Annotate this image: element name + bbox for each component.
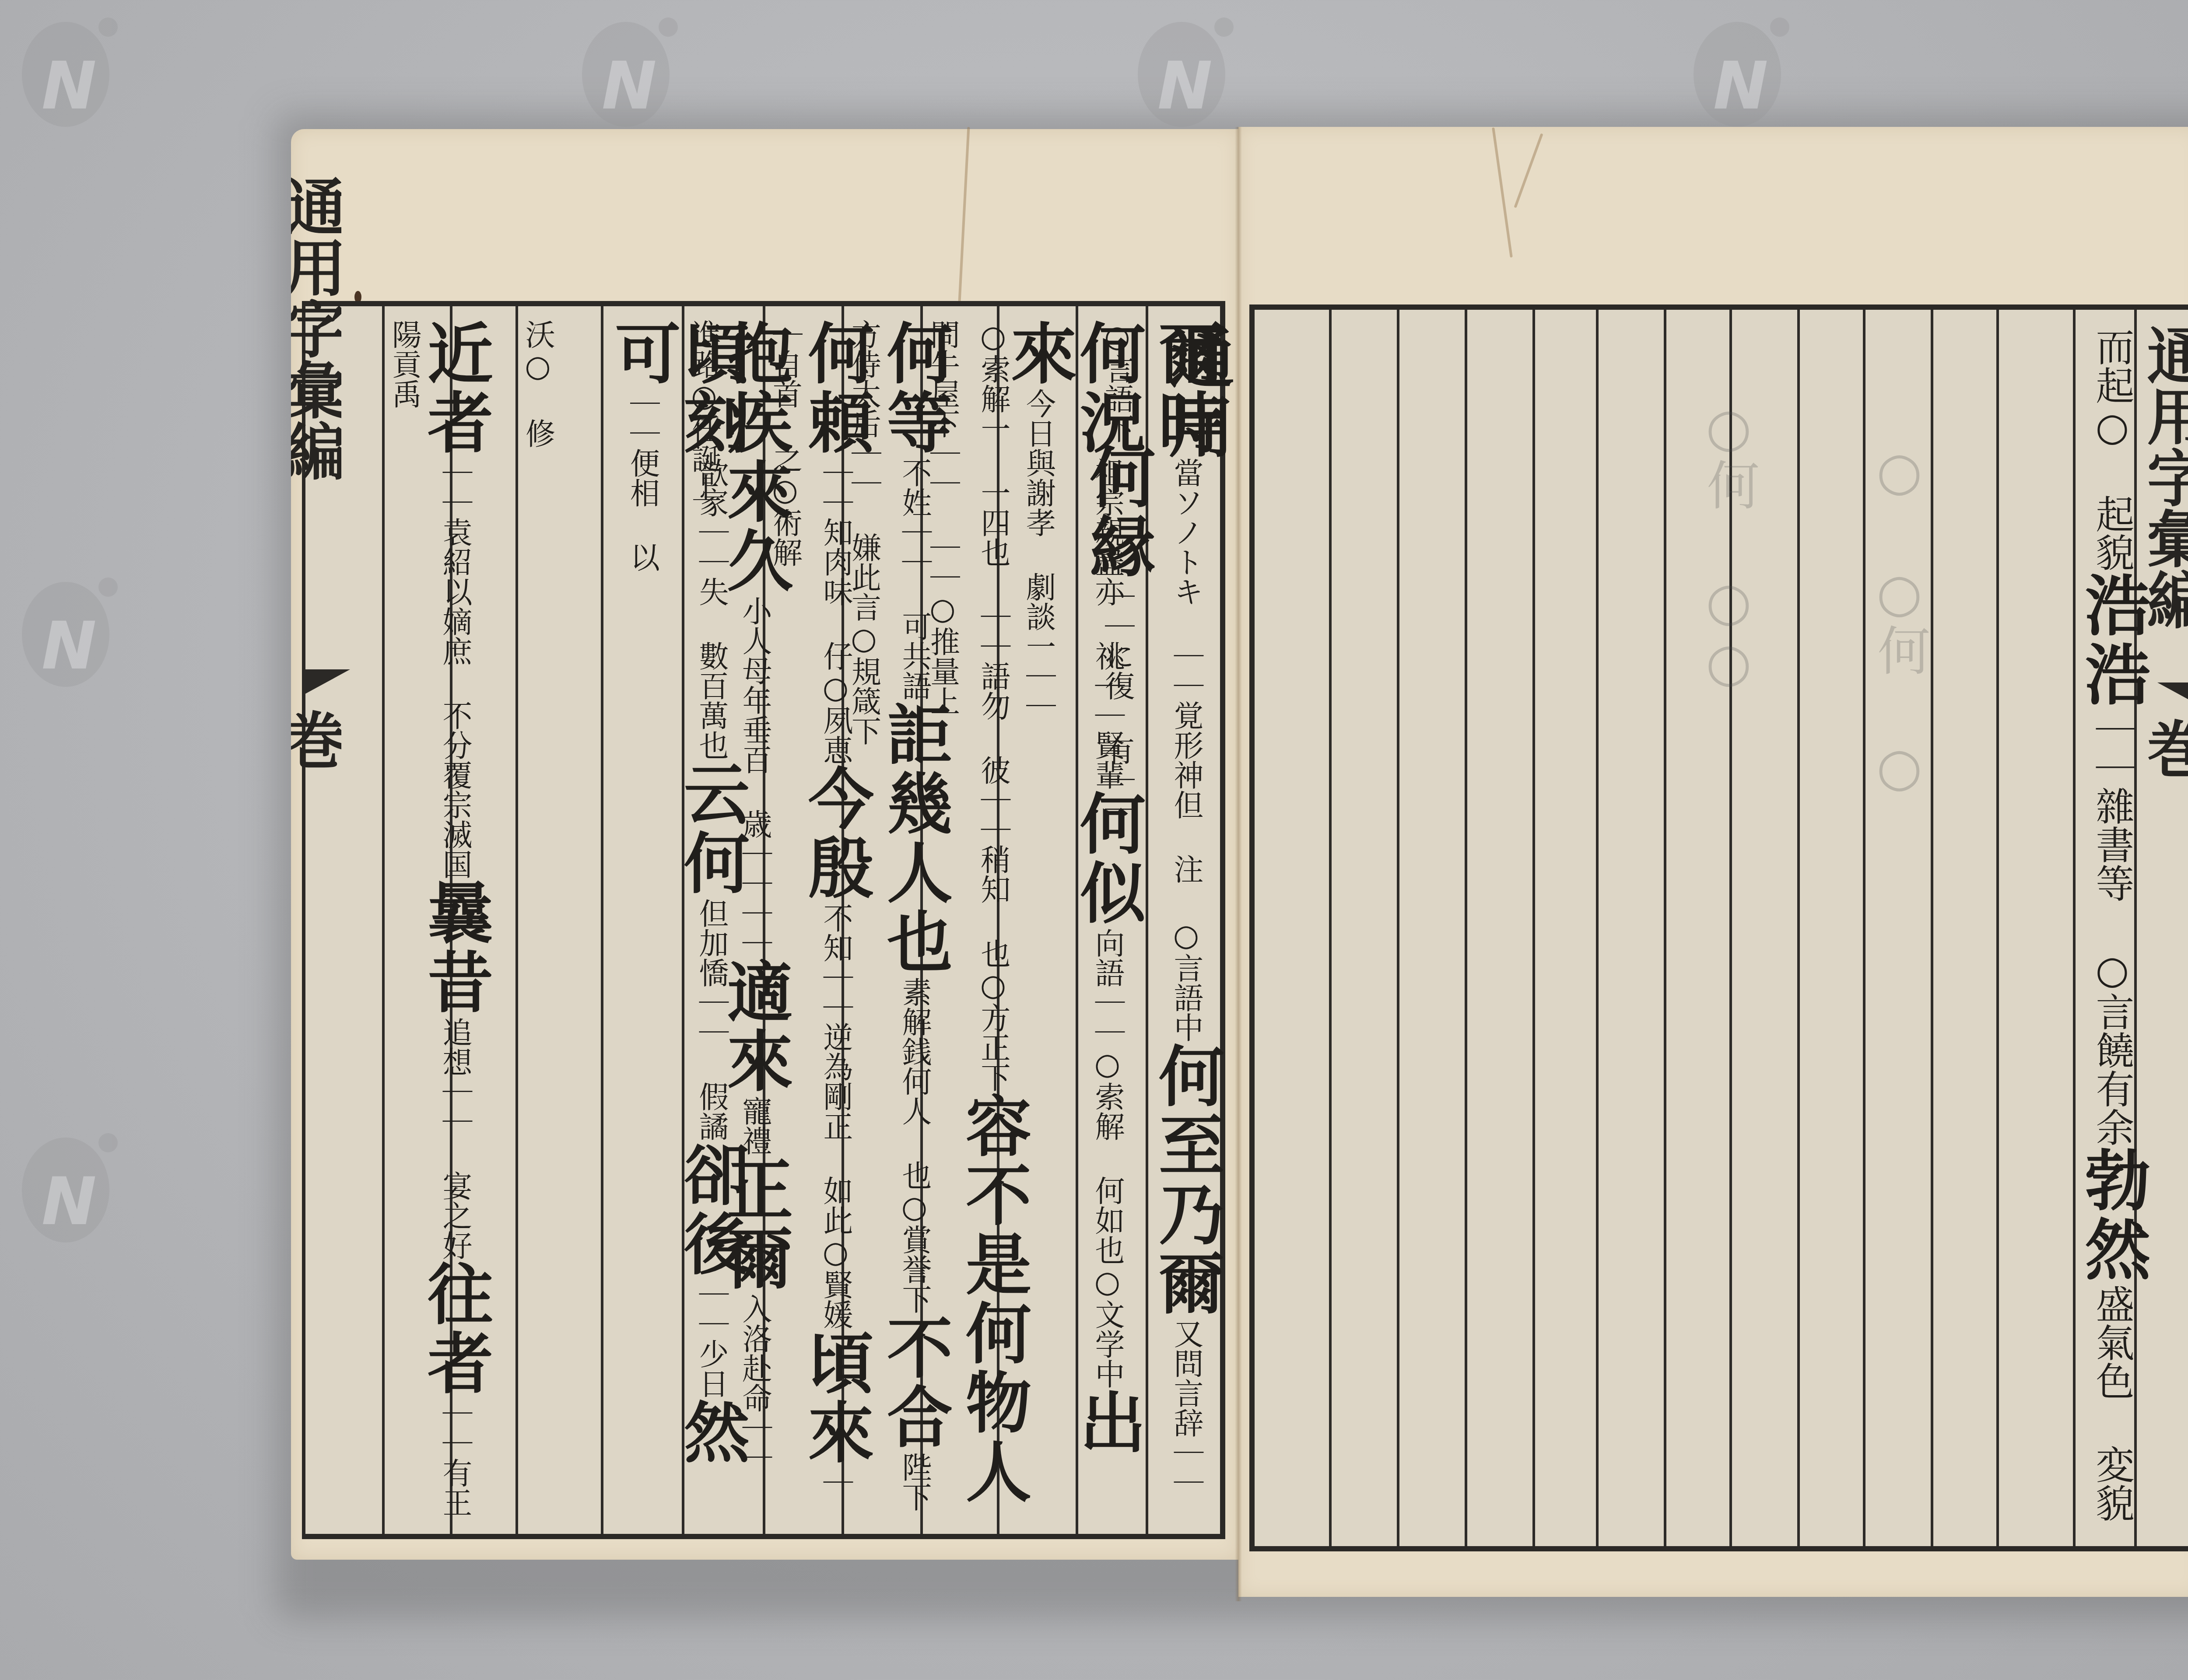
entry-column: 而起○ 起貌浩浩｜｜雜書等 ○言饒有余勃然盛氣色 変貌 [2077, 327, 2146, 1533]
entry-gloss: ○ 修 [520, 349, 555, 448]
entry-gloss: ｜｜袁紹以嫡庶 不分覆宗滅国 [438, 458, 472, 879]
entry-gloss: ｜｜少日 [694, 1279, 729, 1398]
watermark-glyph: N [42, 48, 97, 124]
entry-head: 詎幾人也 [876, 700, 953, 977]
entry-column: 頃刻歆家｜｜失 數百萬也云何但加憍｜｜ 假譎卻後｜｜少日然可｜｜便相 以 [607, 319, 745, 1521]
watermark-logo-icon: N [4, 4, 118, 136]
watermark-dot [1214, 17, 1234, 37]
entry-head: 頃刻 [673, 319, 750, 458]
entry-gloss: 但加憍｜｜ 假譎 [694, 898, 729, 1141]
fishtail-mark-icon [2157, 682, 2188, 709]
entry-head: 容不 [954, 1092, 1031, 1230]
column-rule [601, 306, 603, 1534]
entry-gloss: ○索解一 一四也 ｜｜語勿 彼｜｜稍知 也○方正下 [976, 319, 1010, 1092]
watermark-dot [98, 1133, 118, 1152]
watermark-dot [98, 17, 118, 37]
entry-head: 何等 [876, 319, 953, 458]
column-rule [1596, 310, 1599, 1546]
entry-head: 頃來 [797, 1329, 874, 1467]
entry-gloss: 不知｜｜逆為剛正 如此○賢媛 [818, 903, 853, 1329]
left-page-text-frame: 通用 爾時當ソノトキ ｜｜覚形神但 注 ○言語中何至乃爾又問言辞｜｜ ○言語下何… [302, 301, 1225, 1539]
entry-head: 往者 [416, 1260, 493, 1398]
entry-head: 卻後 [673, 1141, 750, 1279]
show-through-text: ○何 ○○ [1701, 397, 1756, 1533]
entry-gloss: ｜｜便相 以 [625, 388, 660, 572]
right-page-text-frame: ○何 ○○ ○ ○何 ○ 而起○ 起貌浩浩｜｜雜書等 ○言饒有余勃然盛氣色 変貌 [1249, 304, 2188, 1551]
entry-head: 勃然 [2074, 1146, 2151, 1284]
entry-head: 爾時 [1147, 319, 1224, 458]
watermark-logo-icon: N [1676, 4, 1790, 136]
watermark-glyph: N [42, 1164, 97, 1240]
entry-head: 近者 [416, 319, 493, 458]
watermark-dot [659, 17, 678, 37]
entry-head: 何似 [1069, 790, 1146, 928]
watermark-glyph: N [1157, 48, 1213, 124]
column-rule [1863, 310, 1865, 1546]
entry-column: 沃○ 修 [522, 319, 553, 1521]
entry-gloss: ｜｜雜書等 ○言饒有余 [2090, 710, 2135, 1146]
entry-head: 沃 [520, 319, 555, 349]
entry-gloss: 歆家｜｜失 數百萬也 [694, 458, 729, 760]
entry-gloss: 不姓｜｜ 可共語 [897, 458, 932, 700]
entry-head: 是何物人 [954, 1230, 1031, 1507]
entry-head: 云何 [673, 760, 750, 898]
column-rule [515, 306, 518, 1534]
entry-head: 不合 [876, 1314, 953, 1452]
watermark-logo-icon: N [565, 4, 678, 136]
right-spine-title: 通用字彙編 [2142, 324, 2188, 630]
column-rule [1397, 310, 1399, 1546]
watermark-dot [1770, 17, 1789, 37]
watermark-logo-icon: N [4, 564, 118, 696]
entry-gloss: 當ソノトキ ｜｜覚形神但 注 ○言語中 [1169, 458, 1203, 1042]
show-through-text: ○ ○何 ○ [1872, 441, 1927, 1533]
entry-gloss: 盛氣色 変貌 [2090, 1284, 2135, 1522]
watermark-glyph: N [42, 608, 97, 684]
entry-gloss: 追想｜｜ 宴之好 [438, 1017, 472, 1260]
entry-head: 曩昔 [416, 879, 493, 1017]
entry-gloss: 祖宗親盡亦 祧｜｜賢輩 [1090, 458, 1125, 790]
fishtail-mark-icon [302, 669, 350, 696]
entry-gloss: 而起○ 起貌 [2090, 327, 2135, 571]
column-rule [1465, 310, 1467, 1546]
watermark-logo-icon: N [1120, 4, 1234, 136]
entry-gloss: 素解銭何人 也○賞誉下 [897, 977, 932, 1314]
watermark-glyph: N [602, 48, 657, 124]
entry-head: 今殷 [797, 765, 874, 903]
entry-head: 何況 [1069, 319, 1146, 458]
column-rule [1329, 310, 1332, 1546]
entry-gloss: ｜｜知肉味 仔○夙恵 [818, 458, 853, 765]
column-rule [382, 306, 385, 1534]
column-rule [2073, 310, 2076, 1546]
watermark-glyph: N [1713, 48, 1768, 124]
watermark-logo-icon: N [4, 1120, 118, 1251]
entry-head: 何至乃爾 [1147, 1042, 1224, 1319]
entry-column: 近者｜｜袁紹以嫡庶 不分覆宗滅国曩昔追想｜｜ 宴之好往者｜｜有王 陽貢禹 [389, 319, 489, 1521]
watermark-dot [98, 577, 118, 597]
right-spine-volume: 巻 [2142, 717, 2188, 779]
column-rule [1931, 310, 1933, 1546]
column-rule [1532, 310, 1535, 1546]
book-gutter [1235, 127, 1242, 1601]
column-rule [1664, 310, 1666, 1546]
entry-head: 何頼 [797, 319, 874, 458]
column-rule [1797, 310, 1800, 1546]
column-rule [1996, 310, 1999, 1546]
entry-gloss: 向語｜｜○索解 何如也○文学中 [1090, 928, 1125, 1389]
